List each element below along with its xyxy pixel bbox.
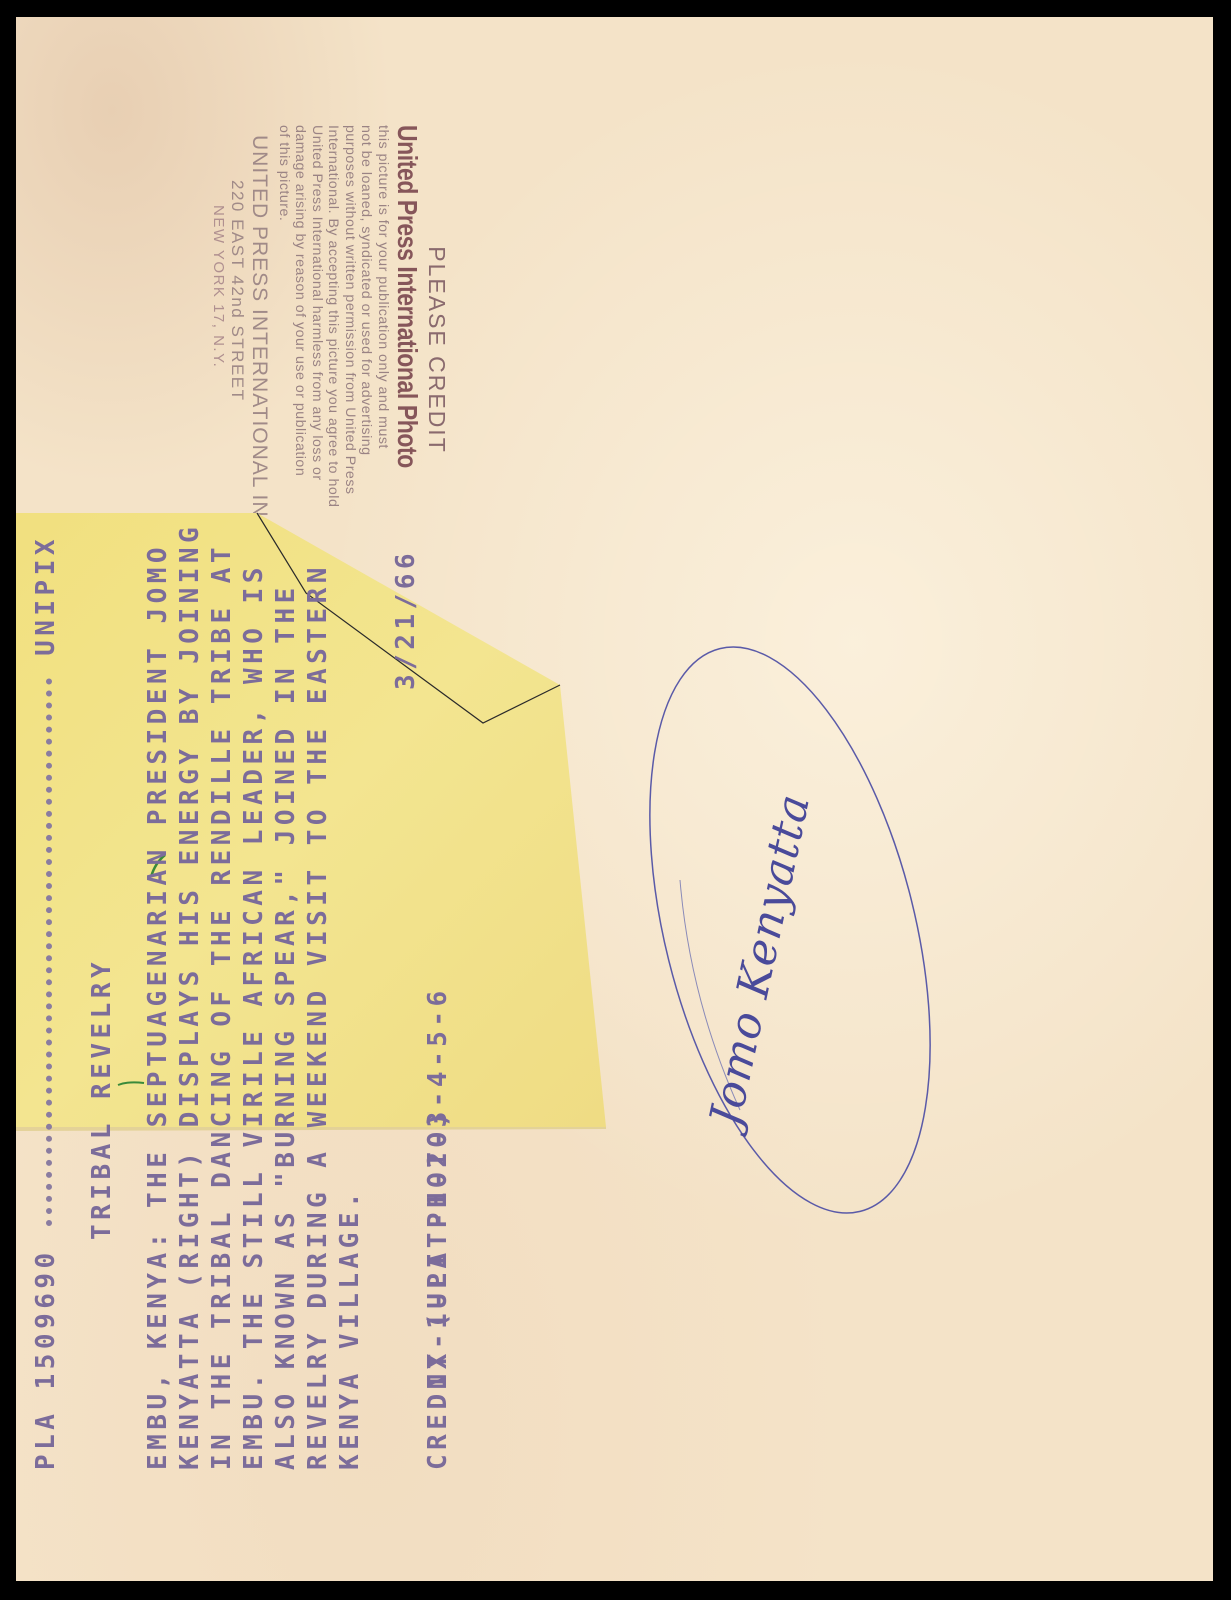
stamp-city: NEW YORK 17, N.Y.	[211, 125, 228, 545]
dotted-leader	[30, 678, 52, 1226]
stamp-terms-line: damage arising by reason of your use or …	[292, 125, 309, 545]
caption-line: EMBU. THE STILL VIRILE AFRICAN LEADER, W…	[238, 510, 270, 1470]
caption-line: ALSO KNOWN AS "BURNING SPEAR," JOINED IN…	[270, 510, 302, 1470]
stamp-terms-line: this picture is for your publication onl…	[375, 125, 392, 545]
caption-date: 3/21/66	[390, 549, 422, 690]
caption-credit: CREDIT (UPI PHOTO)	[422, 510, 454, 1470]
caption-title: TRIBAL REVELRY	[86, 510, 118, 1470]
stamp-terms: this picture is for your publication onl…	[276, 125, 392, 545]
caption-text: PLA 1509690 UNIPIX TRIBAL REVELRY EMBU, …	[30, 510, 454, 1470]
stamp-brand: United Press International Photo	[391, 125, 423, 469]
stamp-terms-line: of this picture.	[276, 125, 293, 545]
stamp-terms-line: United Press International harmless from…	[309, 125, 326, 545]
agency-name: UNIPIX	[30, 535, 62, 656]
caption-line: KENYA VILLAGE.	[334, 510, 366, 1470]
caption-line: IN THE TRIBAL DANCING OF THE RENDILLE TR…	[206, 510, 238, 1470]
caption-header-row: PLA 1509690 UNIPIX	[30, 535, 62, 1470]
stamp-terms-line: International. By accepting this picture…	[325, 125, 342, 545]
stamp-address: 220 EAST 42nd STREET	[228, 125, 248, 545]
stamp-company: UNITED PRESS INTERNATIONAL INC	[248, 125, 272, 545]
photo-id: PLA 1509690	[30, 1248, 62, 1470]
caption-line: REVELRY DURING A WEEKEND VISIT TO THE EA…	[302, 510, 334, 1470]
upi-credit-stamp: PLEASE CREDIT United Press International…	[211, 125, 451, 545]
caption-code-row: NX-1-LAT-1-2-3-4-5-6 3/21/66	[390, 510, 422, 1470]
stamp-header: PLEASE CREDIT	[423, 125, 450, 545]
stamp-terms-line: not be loaned, syndicated or used for ad…	[358, 125, 375, 545]
caption-line: KENYATTA (RIGHT) DISPLAYS HIS ENERGY BY …	[174, 510, 206, 1470]
stamp-terms-line: purposes without written permission from…	[342, 125, 359, 545]
caption-line: EMBU, KENYA: THE SEPTUAGENARIAN PRESIDEN…	[142, 510, 174, 1470]
